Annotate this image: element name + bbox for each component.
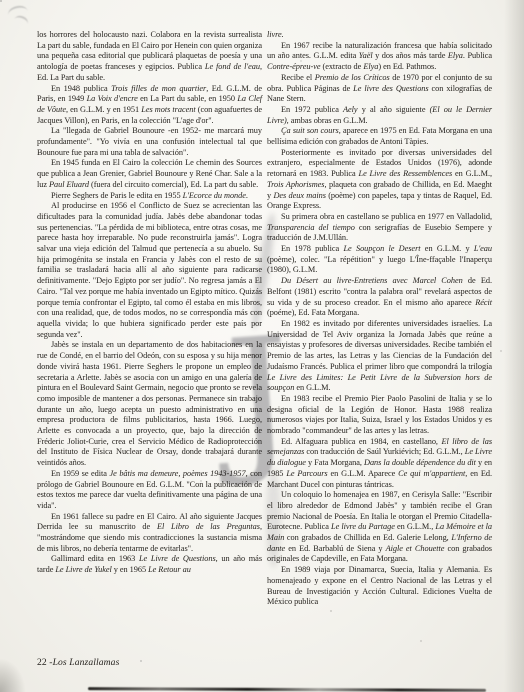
text-run: . Publica — [463, 51, 492, 60]
italic-title-run: Trois filles de mon quartier — [111, 84, 206, 93]
scan-speckles — [0, 0, 2, 2]
paragraph: Pierre Seghers de Paris le edita en 1955… — [37, 191, 262, 202]
paragraph: En 1978 publica Le Soupçon le Desert en … — [267, 244, 492, 276]
text-run: en G.L.M., — [452, 169, 492, 178]
italic-title-run: Le Retour au — [148, 565, 191, 574]
italic-title-run: Trois Aphorismes — [267, 180, 324, 189]
paragraph: Ed. Alfaguara publica en 1984, en castel… — [267, 437, 492, 491]
italic-title-run: L'eau — [474, 244, 492, 253]
text-run: (poème), colec. "La répétition" y luego … — [267, 255, 492, 275]
italic-title-run: Des deux mains — [273, 191, 325, 200]
paragraph: Un coloquio lo homenajea en 1987, en Cer… — [267, 490, 492, 565]
paragraph: Recibe el Premio de los Críticos de 1970… — [267, 73, 492, 105]
page-footer: 22 -Los Lanzallamas — [37, 657, 119, 668]
paragraph: Posteriormente es invitado por diversas … — [267, 148, 492, 212]
italic-title-run: Les mots tracent — [141, 105, 195, 114]
text-run: Al producirse en 1956 el Conflicto de Su… — [37, 201, 262, 338]
italic-title-run: Aely — [343, 105, 358, 114]
text-run: . — [246, 191, 248, 200]
italic-title-run: Le Soupçon le Desert — [343, 244, 420, 253]
paragraph: los horrores del holocausto nazi. Colabo… — [37, 30, 262, 84]
page-number: 22 - — [37, 657, 53, 668]
italic-title-run: Le livre du Partage — [331, 522, 395, 531]
text-run: Jabès se instala en un departamento de d… — [37, 340, 262, 467]
text-run: En 1982 es invitado por diferentes unive… — [267, 319, 492, 371]
paragraph: En 1989 viaja por Dinamarca, Suecia, Ita… — [267, 565, 492, 608]
left-text-column: los horrores del holocausto nazi. Colabo… — [37, 30, 262, 576]
paragraph: En 1983 recibe el Premio Pier Paolo Paso… — [267, 394, 492, 437]
right-text-column: livre.En 1967 recibe la naturalización f… — [267, 30, 492, 608]
paragraph: En 1967 recibe la naturalización frances… — [267, 41, 492, 73]
text-run: en G.L.M. y — [421, 244, 474, 253]
paragraph: La "llegada de Gabriel Bounoure -en 1952… — [37, 126, 262, 158]
italic-title-run: Transparencia del tiempo — [267, 223, 355, 232]
paragraph: Su primera obra en castellano se publica… — [267, 212, 492, 244]
italic-title-run: Ça suit son cours — [281, 126, 339, 135]
italic-title-run: Paul Eluard — [49, 180, 89, 189]
italic-title-run: Ce qui m'appartient — [398, 469, 465, 478]
paragraph: En 1972 publica Aely y al año siguiente … — [267, 105, 492, 126]
italic-title-run: Du Désert au livre-Entretiens avec Marce… — [281, 276, 463, 285]
paragraph: Gallimard edita en 1963 Le Livre de Ques… — [37, 554, 262, 575]
text-run: y Fata Morgana, — [306, 458, 364, 467]
italic-title-run: Le Livre des Ressemblences — [359, 169, 453, 178]
text-run: Gallimard edita en 1963 — [51, 554, 139, 563]
text-run: En 1983 recibe el Premio Pier Paolo Paso… — [267, 394, 492, 435]
text-run: ) en Ed. Pathmos. — [378, 62, 436, 71]
text-run: Pierre Seghers de Paris le edita en 1955 — [51, 191, 183, 200]
italic-title-run: Le Livre de Yukel — [55, 565, 111, 574]
text-run: en La Part du sable, en 1950 — [138, 94, 238, 103]
italic-title-run: Elya — [448, 51, 463, 60]
text-run: en G.L.M. — [294, 383, 330, 392]
text-run: Ed. Alfaguara publica en 1984, en castel… — [281, 437, 441, 446]
book-title: Los Lanzallamas — [53, 657, 120, 668]
text-run: (extracto de — [320, 62, 363, 71]
paragraph: En 1959 se edita Je bâtis ma demeure, po… — [37, 469, 262, 512]
paragraph: Du Désert au livre-Entretiens avec Marce… — [267, 276, 492, 319]
paragraph: En 1961 fallece su padre en El Cairo. Al… — [37, 512, 262, 555]
italic-title-run: Le livre des Questions — [353, 84, 428, 93]
italic-title-run: Je bâtis ma demeure, poèmes 1943-1957 — [110, 469, 246, 478]
paragraph: Ça suit son cours, aparece en 1975 en Ed… — [267, 126, 492, 147]
scan-corner-bottom-left — [0, 658, 26, 692]
italic-title-run: Premio de los Críticos — [315, 73, 390, 82]
paragraph: livre. — [267, 30, 492, 41]
text-run: En 1959 se edita — [51, 469, 110, 478]
italic-title-run: Elya — [363, 62, 378, 71]
paragraph: En 1982 es invitado por diferentes unive… — [267, 319, 492, 394]
italic-title-run: Le Parcours — [286, 469, 327, 478]
italic-title-run: Le fond de l'eau — [205, 62, 260, 71]
text-run: En 1989 viaja por Dinamarca, Suecia, Ita… — [267, 565, 492, 606]
text-run: En 1972 publica — [281, 105, 343, 114]
text-run: en Ed. Barbablú de Siena y — [285, 544, 385, 553]
text-run: , en G.L.M. y en 1951 — [66, 105, 141, 114]
text-run: Su primera obra en castellano se publica… — [281, 212, 492, 221]
paragraph: Al producirse en 1956 el Conflicto de Su… — [37, 201, 262, 340]
italic-title-run: El Libro de las Preguntas — [157, 522, 260, 531]
text-run: y en 1965 — [112, 565, 148, 574]
scan-edge-right — [504, 0, 524, 692]
italic-title-run: livre. — [267, 30, 284, 39]
text-run: y dos años más tarde — [373, 51, 448, 60]
text-run: La "llegada de Gabriel Bounoure -en 1952… — [37, 126, 262, 156]
italic-title-run: La Voix d'encre — [87, 94, 138, 103]
text-run: En 1978 publica — [281, 244, 343, 253]
italic-title-run: Yaël — [359, 51, 373, 60]
text-run: en G.L.M. Aparece — [328, 469, 399, 478]
italic-title-run: Récit — [475, 298, 492, 307]
text-run: y al año siguiente — [358, 105, 430, 114]
italic-title-run: Dans la double dépendence du dit — [364, 458, 476, 467]
text-run: , ambas obras en G.L.M. — [287, 116, 368, 125]
paragraph: Jabès se instala en un departamento de d… — [37, 340, 262, 468]
paragraph: En 1948 publica Trois filles de mon quar… — [37, 84, 262, 127]
scan-smudge — [266, 468, 281, 568]
text-run: en G.L.M., — [395, 522, 436, 531]
text-run: Recibe el — [281, 73, 315, 82]
italic-title-run: Le Livre de Questions — [139, 554, 216, 563]
italic-title-run: L'Ecorce du monde — [183, 191, 246, 200]
paragraph: En 1945 funda en El Cairo la colección L… — [37, 158, 262, 190]
italic-title-run: Contre-épreu-ve — [267, 62, 320, 71]
text-run: (poéme), Ed. Fata Morgana. — [267, 308, 359, 317]
text-run: con traducción de Saúl Yurkiévich; Ed. G… — [304, 447, 464, 456]
italic-title-run: Aigle et Chouette — [386, 544, 445, 553]
text-run: En 1948 publica — [51, 84, 111, 93]
text-run: con grabados de Chillida en Ed. Galerie … — [284, 533, 451, 542]
text-run: (fuera del circuito comercial), Ed. La p… — [89, 180, 258, 189]
